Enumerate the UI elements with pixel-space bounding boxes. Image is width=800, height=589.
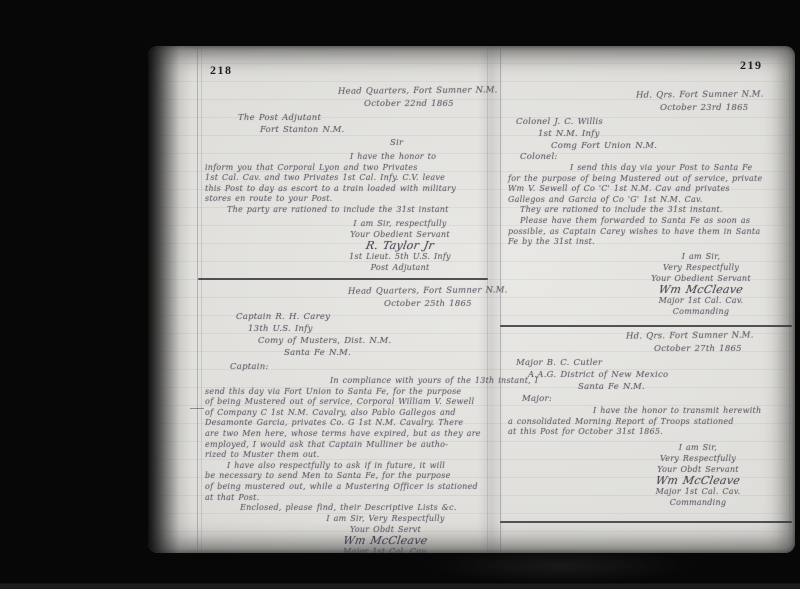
handwritten-line: Major 1st Cal. Cav. xyxy=(623,486,773,497)
handwritten-line: 1st Cal. Cav. and two Privates 1st Cal. … xyxy=(205,173,497,184)
handwritten-line: In compliance with yours of the 13th ins… xyxy=(205,376,503,387)
margin-tick xyxy=(190,408,204,409)
handwritten-line: R. Taylor Jr xyxy=(319,240,481,251)
letter-heading-date: October 23rd 1865 xyxy=(660,103,748,113)
letter-heading-place: Head Quarters, Fort Sumner N.M. xyxy=(348,285,508,296)
handwritten-line: possible, as Captain Carey wishes to hav… xyxy=(508,227,790,238)
handwritten-line: Desamonte Garcia, privates Co. G 1st N.M… xyxy=(205,418,503,429)
handwritten-line: 1st N.M. Infy xyxy=(516,128,657,140)
handwritten-line: Santa Fe N.M. xyxy=(236,347,391,359)
letter-salutation: Colonel: xyxy=(520,152,558,162)
handwritten-line: send this day via Fort Union to Santa Fe… xyxy=(205,387,503,398)
letter-address: Colonel J. C. Willis1st N.M. InfyComg Fo… xyxy=(516,116,657,152)
handwritten-line: I am Sir, respectfully xyxy=(320,218,480,229)
letter-closing: I am Sir, Very RespectfullyYour Obdt Ser… xyxy=(298,513,473,553)
margin-line xyxy=(789,46,790,553)
handwritten-line: Major 1st Cal. Cav. xyxy=(626,295,776,306)
handwritten-line: of Company C 1st N.M. Cavalry, also Pabl… xyxy=(205,408,503,419)
letter-salutation: Captain: xyxy=(230,362,269,372)
handwritten-line: be necessary to send Men to Santa Fe, fo… xyxy=(205,471,503,482)
handwritten-line: Wm McCleave xyxy=(297,535,474,546)
handwritten-line: Wm McCleave xyxy=(622,475,774,486)
letter-separator-rule xyxy=(500,325,792,327)
letter-body: In compliance with yours of the 13th ins… xyxy=(205,376,503,514)
microfilm-scan-background: 218 219 Head Quarters, Fort Sumner N.M. … xyxy=(0,0,800,589)
handwritten-line: Santa Fe N.M. xyxy=(516,381,668,393)
handwritten-line: Commanding xyxy=(623,497,773,508)
page-number-right: 219 xyxy=(740,58,763,73)
letter-body: I have the honor to transmit herewitha c… xyxy=(508,406,790,438)
letter-address: Major B. C. CutlerA.A.G. District of New… xyxy=(516,357,668,393)
letter-body: I send this day via your Post to Santa F… xyxy=(508,163,790,248)
handwritten-line: Very Respectfully xyxy=(623,453,773,464)
handwritten-line: at that Post. xyxy=(205,493,503,504)
handwritten-line: Wm V. Sewell of Co 'C' 1st N.M. Cav and … xyxy=(508,184,790,195)
margin-line xyxy=(197,46,198,553)
handwritten-line: Commanding xyxy=(626,306,776,317)
handwritten-line: 1st Lieut. 5th U.S. Infy xyxy=(320,251,480,262)
handwritten-line: a consolidated Morning Report of Troops … xyxy=(508,417,790,428)
handwritten-line: Very Respectfully xyxy=(626,262,776,273)
handwritten-line: Fe by the 31st inst. xyxy=(508,237,790,248)
handwritten-line: at this Post for October 31st 1865. xyxy=(508,427,790,438)
letter-heading-date: October 27th 1865 xyxy=(654,344,742,354)
handwritten-line: 13th U.S. Infy xyxy=(236,323,391,335)
handwritten-line: of being Mustered out of service, Corpor… xyxy=(205,397,503,408)
letter-heading-place: Hd. Qrs. Fort Sumner N.M. xyxy=(636,89,764,100)
handwritten-line: employed, I would ask that Captain Mulli… xyxy=(205,440,503,451)
handwritten-line: stores en route to your Post. xyxy=(205,194,497,205)
handwritten-line: Major 1st Cal. Cav. xyxy=(298,546,473,553)
letter-closing: I am Sir, respectfullyYour Obedient Serv… xyxy=(320,218,480,273)
handwritten-line: A.A.G. District of New Mexico xyxy=(516,369,668,381)
handwritten-line: Fort Stanton N.M. xyxy=(238,124,344,136)
letter-closing: I am Sir,Very RespectfullyYour Obdt Serv… xyxy=(623,442,773,508)
handwritten-line: Comg Fort Union N.M. xyxy=(516,140,657,152)
handwritten-line: The party are rationed to include the 31… xyxy=(205,205,497,216)
handwritten-line: I have the honor to xyxy=(205,152,497,163)
handwritten-line: I send this day via your Post to Santa F… xyxy=(508,163,790,174)
letter-salutation: Major: xyxy=(522,394,552,404)
handwritten-line: The Post Adjutant xyxy=(238,112,344,124)
page-edge-shadow xyxy=(148,46,192,553)
handwritten-line: I am Sir, xyxy=(623,442,773,453)
handwritten-line: I have the honor to transmit herewith xyxy=(508,406,790,417)
letter-heading-place: Hd. Qrs. Fort Sumner N.M. xyxy=(626,330,754,341)
handwritten-line: I have also respectfully to ask if in fu… xyxy=(205,461,503,472)
letter-separator-rule xyxy=(500,521,792,523)
letter-closing: I am Sir,Very RespectfullyYour Obedient … xyxy=(626,251,776,317)
handwritten-line: I am Sir, xyxy=(626,251,776,262)
handwritten-line: Gallegos and Garcia of Co 'G' 1st N.M. C… xyxy=(508,195,790,206)
handwritten-line: are two Men here, whose terms have expir… xyxy=(205,429,503,440)
handwritten-line: Post Adjutant xyxy=(320,262,480,273)
handwritten-line: Wm McCleave xyxy=(625,284,777,295)
handwritten-line: Colonel J. C. Willis xyxy=(516,116,657,128)
handwritten-line: inform you that Corporal Lyon and two Pr… xyxy=(205,163,497,174)
handwritten-line: Comy of Musters, Dist. N.M. xyxy=(236,335,391,347)
letter-address: The Post AdjutantFort Stanton N.M. xyxy=(238,112,344,136)
letter-heading-place: Head Quarters, Fort Sumner N.M. xyxy=(338,85,498,96)
page-number-left: 218 xyxy=(210,63,233,78)
handwritten-line: Major B. C. Cutler xyxy=(516,357,668,369)
letter-heading-date: October 25th 1865 xyxy=(384,299,472,309)
handwritten-line: I am Sir, Very Respectfully xyxy=(298,513,473,524)
letter-address: Captain R. H. Carey13th U.S. InfyComy of… xyxy=(236,311,391,359)
letter-body: I have the honor toinform you that Corpo… xyxy=(205,152,497,216)
letter-heading-date: October 22nd 1865 xyxy=(364,99,454,109)
handwritten-line: Please have them forwarded to Santa Fe a… xyxy=(508,216,790,227)
handwritten-line: of being mustered out, while a Mustering… xyxy=(205,482,503,493)
letter-salutation: Sir xyxy=(390,138,403,148)
handwritten-line: rized to Muster them out. xyxy=(205,450,503,461)
margin-line xyxy=(201,46,202,553)
handwritten-line: Captain R. H. Carey xyxy=(236,311,391,323)
ledger-page-spread: 218 219 Head Quarters, Fort Sumner N.M. … xyxy=(148,46,795,553)
handwritten-line: this Post to day as escort to a train lo… xyxy=(205,184,497,195)
handwritten-line: for the purpose of being Mustered out of… xyxy=(508,174,790,185)
letter-separator-rule xyxy=(198,278,488,280)
handwritten-line: They are rationed to include the 31st in… xyxy=(508,205,790,216)
